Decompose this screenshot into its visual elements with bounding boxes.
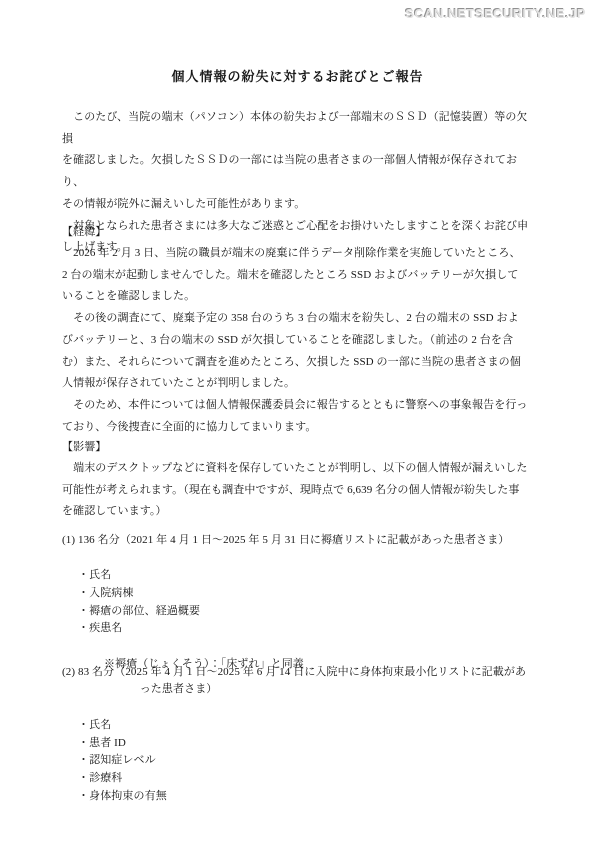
document-page: SCAN.NETSECURITY.NE.JP 個人情報の紛失に対するお詫びとご報… bbox=[0, 0, 595, 841]
page-title: 個人情報の紛失に対するお詫びとご報告 bbox=[0, 66, 595, 85]
leaked-data-list-2: (2) 83 名分（2025 年 4 月 1 日～2025 年 6 月 14 日… bbox=[62, 646, 536, 823]
section-keii-body: 2026 年 2 月 3 日、当院の職員が端末の廃棄に伴うデータ削除作業を実施し… bbox=[62, 243, 536, 438]
list-1-header: (1) 136 名分（2021 年 4 月 1 日～2025 年 5 月 31 … bbox=[62, 532, 536, 550]
watermark: SCAN.NETSECURITY.NE.JP bbox=[405, 6, 586, 21]
list-2-header: (2) 83 名分（2025 年 4 月 1 日～2025 年 6 月 14 日… bbox=[62, 664, 536, 699]
list-1-items: ・氏名 ・入院病棟 ・褥瘡の部位、経過概要 ・疾患名 bbox=[62, 567, 536, 638]
section-eikyou-heading: 【影響】 bbox=[62, 437, 536, 459]
list-2-items: ・氏名 ・患者 ID ・認知症レベル ・診療科 ・身体拘束の有無 bbox=[62, 717, 536, 806]
section-keii-heading: 【経緯】 bbox=[62, 222, 536, 244]
